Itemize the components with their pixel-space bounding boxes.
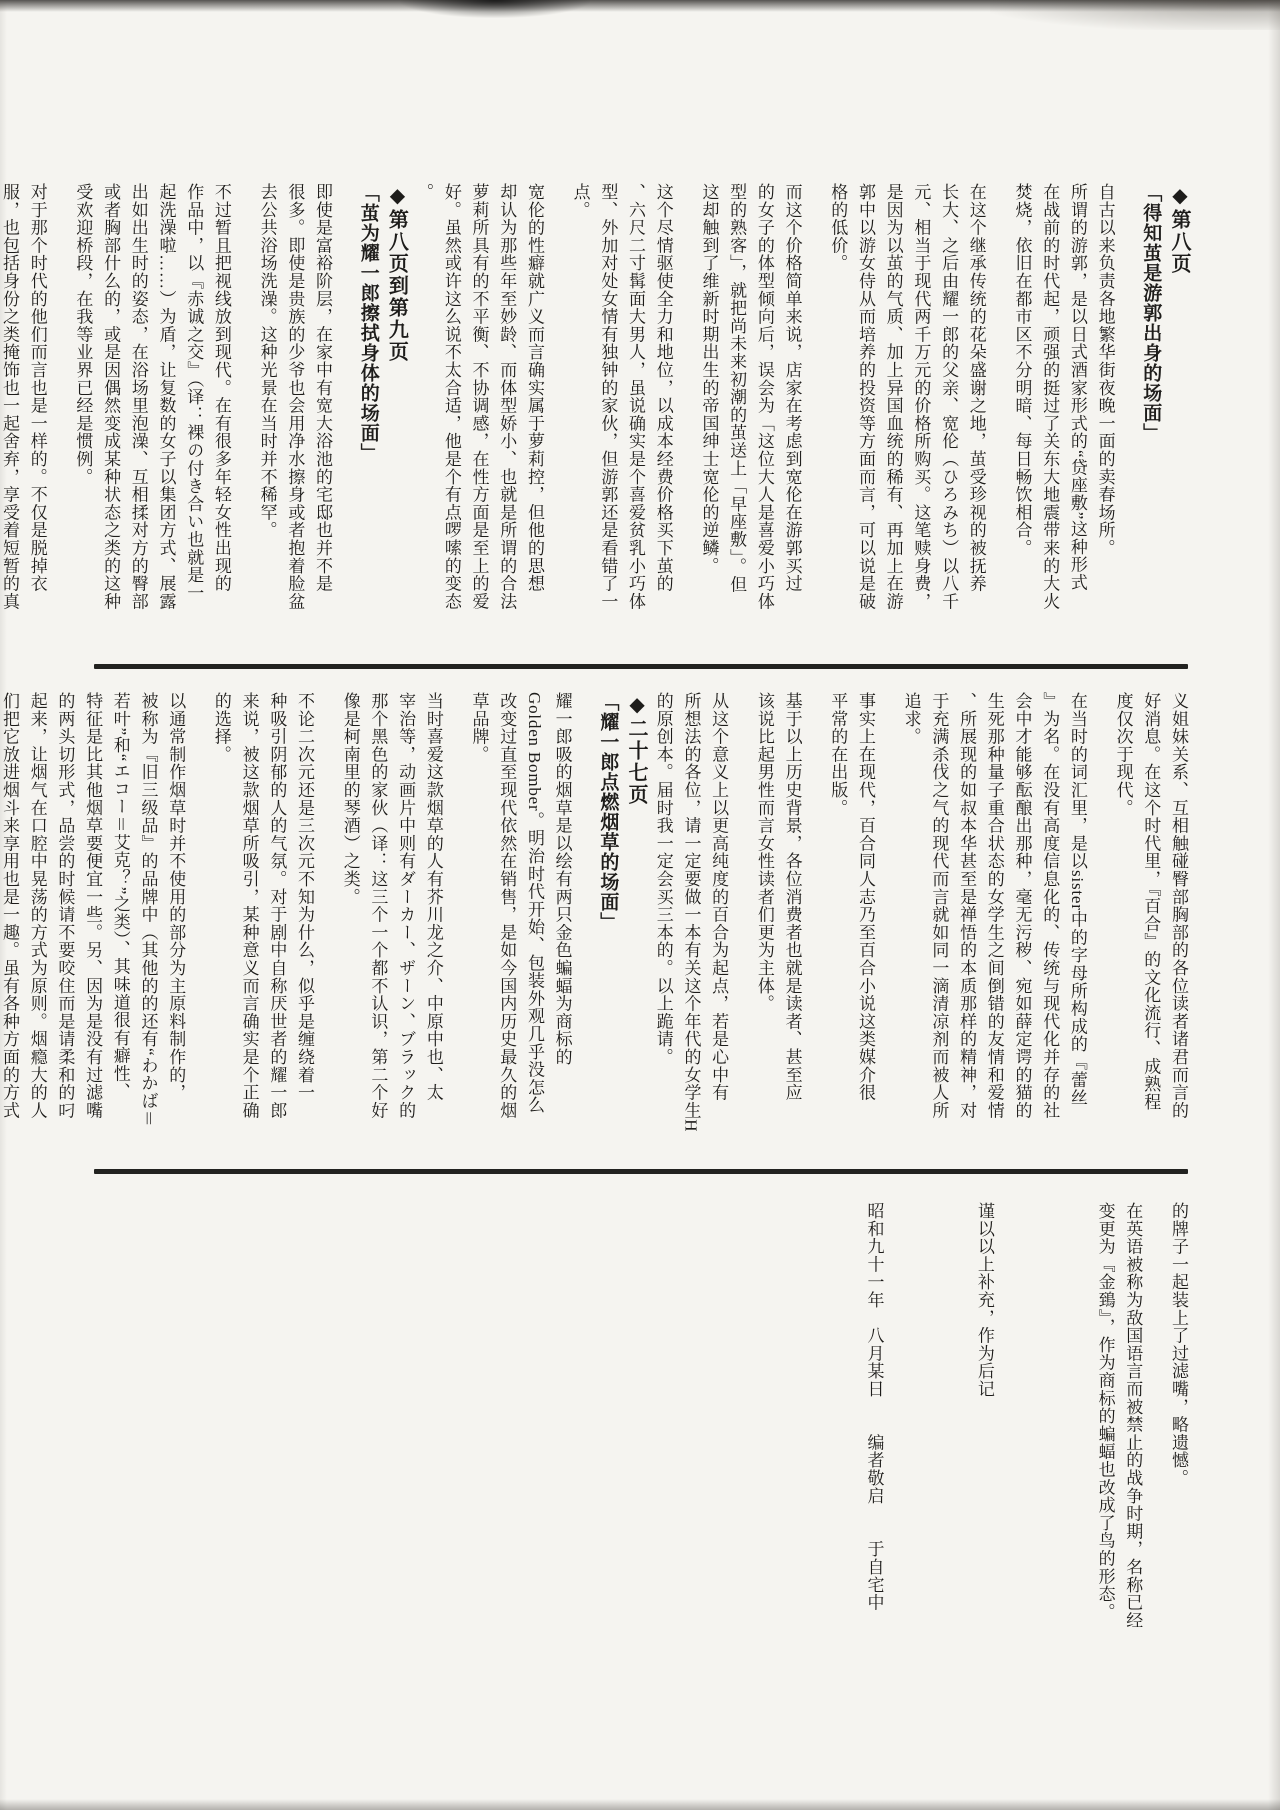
text-band-middle: 义姐妹关系、互相触碰臀部胸部的各位读者诸君而言的好消息。在这个时代里，『百合』的… — [112, 692, 1192, 1157]
text-column: 从这个意义上以更高纯度的百合为起点，若是心中有 — [704, 692, 750, 1157]
text-column: 去公共浴场洗澡。这种光景在当时并不稀罕。 — [253, 183, 281, 641]
text-column: 这却触到了维新时期出生的帝国绅士宽伦的逆鳞。 — [695, 183, 723, 641]
text-column: 好。虽然或许这么说不太合适，他是个有点啰嗦的变态 — [437, 183, 465, 641]
text-band-top: ◆第八页「得知茧是游郭出身的场面」自古以来负责各地繁华街夜晚一面的卖春场所。所谓… — [84, 183, 1192, 641]
scan-edge-top — [0, 0, 1280, 12]
text-column: 以通常制作烟草时并不使用的部分为主原料制作的， — [162, 692, 208, 1157]
text-column: 不过暂且把视线放到现代。在有很多年轻女性出现的 — [207, 183, 253, 641]
text-column: 萝莉所具有的不平衡、不协调感，在性方面是至上的爱 — [465, 183, 493, 641]
section-heading: ◆第八页 — [1164, 183, 1192, 641]
section-subheading: 「耀一郎点燃烟草的场面」 — [594, 692, 622, 1157]
text-column: Golden Bomber。明治时代开始、包装外观几乎没怎么 — [520, 692, 548, 1157]
text-column: 在这个继承传统的花朵盛谢之地，茧受珍视的被抚养 — [962, 183, 1008, 641]
text-column: 对于那个时代的他们而言也是一样的。不仅是脱掉衣 — [23, 183, 69, 641]
text-column: 若叶”和“エコー＝艾克？”之类）、其味道很有癖性、 — [106, 692, 134, 1157]
text-column: 或者胸部什么的，或是因偶然变成某种状态之类的这种 — [96, 183, 124, 641]
text-column: 起洗澡啦……）为盾，让复数的女子以集团方式、展露 — [152, 183, 180, 641]
scan-smudge-top-right — [990, 0, 1280, 30]
text-column: 焚烧，依旧在都市区不分明暗、每日畅饮相合。 — [1008, 183, 1036, 641]
text-column: 长大、之后由耀一郎的父亲、宽伦（ひろみち）以八千 — [934, 183, 962, 641]
text-column: 义姐妹关系、互相触碰臀部胸部的各位读者诸君而言的 — [1164, 692, 1192, 1157]
afterword-signoff: 谨以以上补充，作为后记 — [970, 1202, 1008, 1657]
text-column: 草品牌。 — [465, 692, 493, 1157]
horizontal-rule-2 — [94, 1169, 1188, 1174]
section-heading: ◆第八页到第九页 — [382, 183, 410, 641]
text-column: 却认为那些年至妙龄、而体型娇小、也就是所谓的合法 — [493, 183, 521, 641]
text-column: 的女子的体型倾向后，误会为「这位大人是喜爱小巧体 — [750, 183, 778, 641]
text-column: 作品中，以『赤诚之交』（译：裸の付き合い也就是一 — [180, 183, 208, 641]
section-heading: ◆二十七页 — [621, 692, 649, 1157]
text-column: 那个黑色的家伙（译：这三个一个都不认识，第二个好 — [364, 692, 392, 1157]
scan-smudge-top-center — [400, 0, 590, 18]
text-column: 这个尽情驱使全力和地位，以成本经费价格买下茧的 — [649, 183, 695, 641]
text-column: 格的低价。 — [824, 183, 852, 641]
text-column: 基于以上历史背景，各位消费者也就是读者、甚至应 — [778, 692, 824, 1157]
scan-edge-bottom — [0, 1799, 1280, 1810]
text-column: 很多。即使是贵族的少爷也会用净水擦身或者抱着脸盆 — [281, 183, 309, 641]
text-column: 特征是比其他烟草要便宜一些。另、因为是没有过滤嘴 — [78, 692, 106, 1157]
text-column: 宰治等，动画片中则有ダーカー、ザーン、ブラック的 — [391, 692, 419, 1157]
text-column: 耀一郎吸的烟草是以绘有两只金色蝙蝠为商标的 — [548, 692, 594, 1157]
text-column: 在英语被称为敌国语言而被禁止的战争时期，名称已经 — [1119, 1202, 1165, 1657]
text-column: 』为名。在没有高度信息化的、传统与现代化并存的社 — [1035, 692, 1063, 1157]
text-column: 所谓的游郭，是以日式酒家形式的“贷座敷”这种形式 — [1063, 183, 1091, 641]
text-column: 像是柯南里的琴酒）之类。 — [336, 692, 364, 1157]
text-column: 种吸引阴郁的人的气氛。对于剧中自称厌世者的耀一郎 — [263, 692, 291, 1157]
text-column: 服，也包括身份之类掩饰也一起舍弃，享受着短暂的真 — [0, 183, 23, 641]
text-column: 型的熟客」，就把尚未来初潮的茧送上「早座敷」。但 — [722, 183, 750, 641]
text-column: 郭中以游女侍从而培养的投资等方面而言，可以说是破 — [851, 183, 879, 641]
section-subheading: 「得知茧是游郭出身的场面」 — [1137, 183, 1165, 641]
text-column: 的选择。 — [207, 692, 235, 1157]
date-signature-column: 昭和九十一年 八月某日 编者敬启 于自宅中 — [860, 1202, 943, 1657]
text-column: 变更为『金鵄』，作为商标的蝙蝠也改成了鸟的形态。 — [1091, 1202, 1119, 1657]
text-column: 点。 — [566, 183, 594, 641]
text-column: 所想法的各位，请一定要做一本有关这个年代的女学生H — [677, 692, 705, 1157]
text-column: 宽伦的性癖就广义而言确实属于萝莉控，但他的思想 — [520, 183, 566, 641]
text-column: 是因为以茧的气质、加上异国血统的稀有、再加上在游 — [879, 183, 907, 641]
text-column: 们把它放进烟斗来享用也是一趣。虽有各种方面的方式 — [0, 692, 23, 1157]
text-column: 当时喜爱这款烟草的人有芥川龙之介、中原中也、太 — [419, 692, 465, 1157]
scan-edge-right — [1268, 0, 1280, 1810]
text-column: 起来，让烟气在口腔中晃荡的方式为原则。烟瘾大的人 — [23, 692, 51, 1157]
text-column: 度仅次于现代。 — [1109, 692, 1137, 1157]
text-column: 该说比起男性而言女性读者们更为主体。 — [750, 692, 778, 1157]
text-column: 会中才能够酝酿出那种，毫无污秽、宛如薛定谔的猫的 — [1008, 692, 1036, 1157]
text-column: 、六尺二寸髯面大男人，虽说确实是个喜爱贫乳小巧体 — [621, 183, 649, 641]
text-column: 平常的在出版。 — [824, 692, 852, 1157]
text-column: 的牌子一起装上了过滤嘴，略遗憾。 — [1164, 1202, 1192, 1657]
text-column: 事实上在现代，百合同人志乃至百合小说这类媒介很 — [851, 692, 897, 1157]
text-column: 不论二次元还是三次元不知为什么，似乎是缠绕着一 — [290, 692, 336, 1157]
text-column: 生死那种量子重合状态的女学生之间倒错的友情和爱情 — [980, 692, 1008, 1157]
text-column: 而这个价格简单来说，店家在考虑到宽伦在游郭买过 — [778, 183, 824, 641]
text-column: 在当时的词汇里，是以sister中的字母所构成的『蕾丝 — [1063, 692, 1109, 1157]
scanned-afterword-page: { "colors": { "paper": "#f5f4f0", "ink":… — [0, 0, 1280, 1810]
horizontal-rule-1 — [94, 664, 1188, 669]
section-subheading: 「茧为耀一郎擦拭身体的场面」 — [354, 183, 382, 641]
text-column: 即使是富裕阶层，在家中有宽大浴池的宅邸也并不是 — [308, 183, 354, 641]
text-column: 出如出生时的姿态，在浴场里泡澡、互相揉对方的臀部 — [124, 183, 152, 641]
text-column: 于充满杀伐之气的现代而言就如同一滴清凉剂而被人所 — [925, 692, 953, 1157]
text-column: 好消息。在这个时代里，『百合』的文化流行、成熟程 — [1137, 692, 1165, 1157]
text-column: 追求。 — [897, 692, 925, 1157]
text-column: 在战前的时代起，顽强的挺过了关东大地震带来的大火 — [1035, 183, 1063, 641]
text-column: 改变过直至现代依然在销售，是如今国内历史最久的烟 — [493, 692, 521, 1157]
text-band-bottom: 的牌子一起装上了过滤嘴，略遗憾。在英语被称为敌国语言而被禁止的战争时期，名称已经… — [915, 1202, 1192, 1657]
text-column: 自古以来负责各地繁华街夜晚一面的卖春场所。 — [1091, 183, 1137, 641]
text-column: 受欢迎桥段，在我等业界已经是惯例。 — [69, 183, 97, 641]
text-column: 。 — [409, 183, 437, 641]
text-column: 元、相当于现代两千万元的价格所购买。这笔赎身费， — [907, 183, 935, 641]
text-column: 的原创本。届时我一定会买三本的。以上跪请。 — [649, 692, 677, 1157]
text-column: 被称为『旧三级品』的品牌中（其他的的还有“わかば＝ — [134, 692, 162, 1157]
text-column: 、所展现的如叔本华甚至是禅悟的本质那样的精神，对 — [952, 692, 980, 1157]
text-column: 来说，被这款烟草所吸引，某种意义而言确实是个正确 — [235, 692, 263, 1157]
text-column: 的两头切形式，品尝的时候请不要咬住而是请柔和的叼 — [51, 692, 79, 1157]
text-column: 型、外加对处女情有独钟的家伙，但游郭还是看错了一 — [594, 183, 622, 641]
